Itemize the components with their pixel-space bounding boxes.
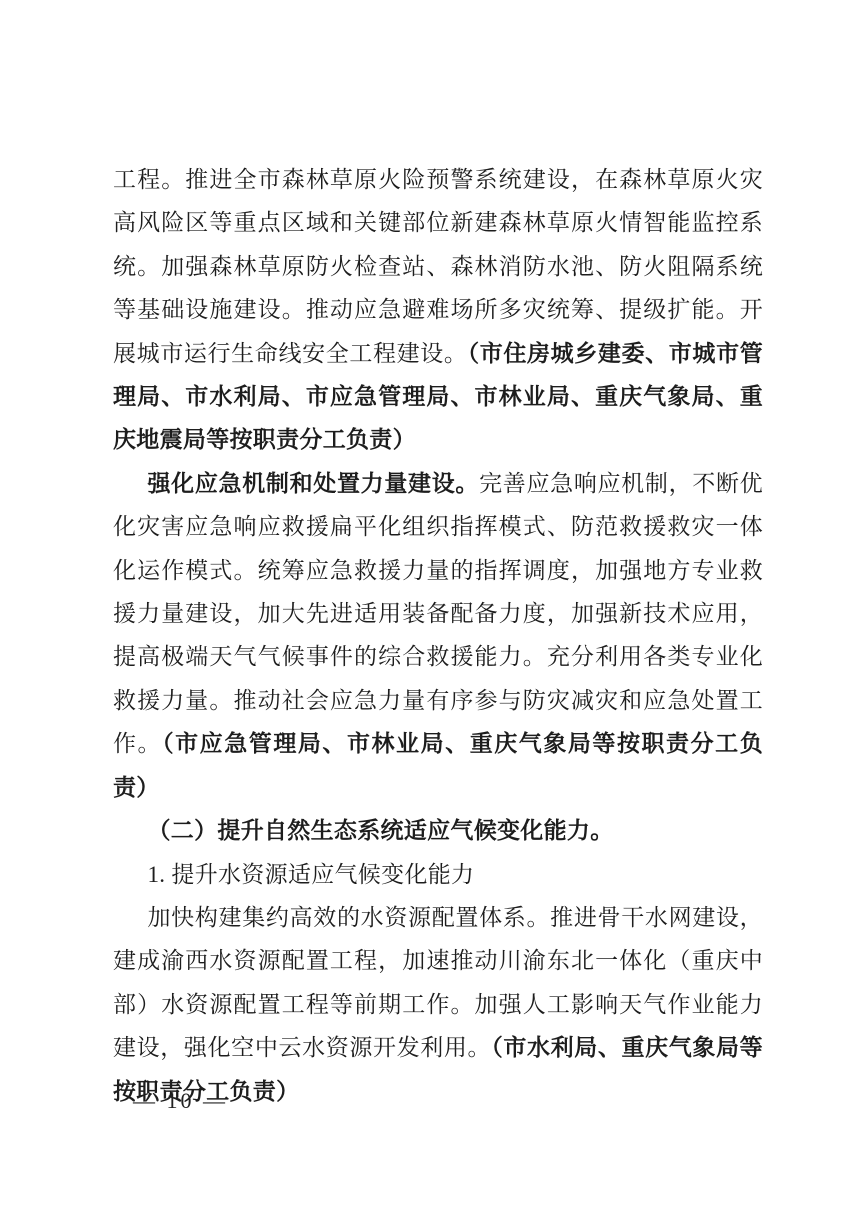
paragraph-water-resource-allocation: 加快构建集约高效的水资源配置体系。推进骨干水网建设，建成渝西水资源配置工程，加速…: [113, 896, 763, 1113]
paragraph-lead-sentence: 强化应急机制和处置力量建设。: [148, 471, 480, 496]
sub-heading-water-resources: 1. 提升水资源适应气候变化能力: [113, 853, 763, 896]
section-heading-ecosystem-adaptation: （二）提升自然生态系统适应气候变化能力。: [113, 809, 763, 852]
section-heading-text: （二）提升自然生态系统适应气候变化能力。: [148, 818, 614, 843]
document-text-block: 工程。推进全市森林草原火险预警系统建设，在森林草原火灾高风险区等重点区域和关键部…: [113, 158, 763, 1113]
paragraph-emergency-infrastructure: 工程。推进全市森林草原火险预警系统建设，在森林草原火灾高风险区等重点区域和关键部…: [113, 158, 763, 462]
page-number: — 10 —: [133, 1088, 228, 1114]
responsibility-attribution: （市应急管理局、市林业局、重庆气象局等按职责分工负责）: [113, 731, 763, 799]
document-page: 工程。推进全市森林草原火险预警系统建设，在森林草原火灾高风险区等重点区域和关键部…: [0, 0, 868, 1228]
body-text: 完善应急响应机制，不断优化灾害应急响应救援扁平化组织指挥模式、防范救援救灾一体化…: [113, 471, 763, 756]
paragraph-emergency-mechanism: 强化应急机制和处置力量建设。完善应急响应机制，不断优化灾害应急响应救援扁平化组织…: [113, 462, 763, 809]
body-text: 工程。推进全市森林草原火险预警系统建设，在森林草原火灾高风险区等重点区域和关键部…: [113, 167, 763, 366]
sub-heading-text: 1. 提升水资源适应气候变化能力: [148, 862, 475, 887]
